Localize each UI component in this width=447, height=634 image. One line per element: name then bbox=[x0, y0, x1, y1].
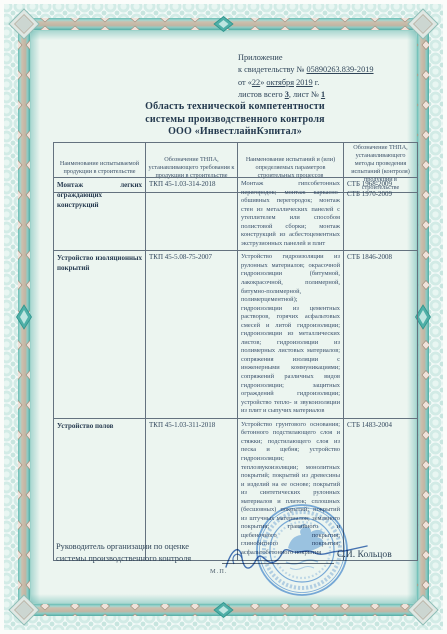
certificate-year: 2019 bbox=[296, 78, 313, 87]
certificate-date-line: от «22» октября 2019 г. bbox=[238, 77, 418, 89]
sheet-number: 1 bbox=[321, 90, 325, 99]
title-line-2: системы производственного контроля bbox=[53, 114, 417, 127]
company-name: ООО «ИнвестлайнКэпитал» bbox=[53, 126, 417, 139]
signer-role-line-1: Руководитель организации по оценке bbox=[56, 541, 246, 553]
cell-tnpa-requirements: ТКП 45-5.08-75-2007 bbox=[146, 251, 238, 418]
certificate-month: октября bbox=[266, 78, 294, 87]
cell-tnpa-requirements: ТКП 45-1.03-314-2018 bbox=[146, 178, 238, 251]
competence-table: Монтаж легких ограждающих конструкций ТК… bbox=[53, 177, 418, 561]
cell-product: Монтаж легких ограждающих конструкций bbox=[54, 178, 146, 251]
certificate-number-line: к свидетельству № 05890263.839-2019 bbox=[238, 64, 418, 76]
table-row: Монтаж легких ограждающих конструкций ТК… bbox=[54, 178, 418, 251]
cell-tnpa-methods: СТБ 1846-2008 bbox=[344, 251, 418, 418]
signer-role: Руководитель организации по оценке систе… bbox=[56, 541, 246, 565]
annex-line-1: Приложение bbox=[238, 52, 418, 64]
cell-tests: Монтаж гипсобетонных перегородок; монтаж… bbox=[238, 178, 344, 251]
title-line-1: Область технической компетентности bbox=[53, 101, 417, 114]
certificate-annex-page: Приложение к свидетельству № 05890263.83… bbox=[0, 0, 447, 634]
signature-icon bbox=[220, 534, 372, 580]
page-title: Область технической компетентности систе… bbox=[53, 101, 417, 139]
certificate-day: 22 bbox=[252, 78, 260, 87]
cell-tests: Устройство гидроизоляции из рулонных мат… bbox=[238, 251, 344, 418]
cell-product: Устройство изоляционных покрытий bbox=[54, 251, 146, 418]
annex-note: Приложение к свидетельству № 05890263.83… bbox=[238, 52, 418, 102]
cell-product: Устройство полов bbox=[54, 418, 146, 560]
sheets-count-line: листов всего 3, лист № 1 bbox=[238, 89, 418, 101]
certificate-number: 05890263.839-2019 bbox=[306, 65, 373, 74]
signer-role-line-2: системы производственного контроля bbox=[56, 553, 246, 565]
table-row: Устройство изоляционных покрытий ТКП 45-… bbox=[54, 251, 418, 418]
cell-tnpa-methods: СТБ 1968-2009 СТБ 1970-2009 bbox=[344, 178, 418, 251]
